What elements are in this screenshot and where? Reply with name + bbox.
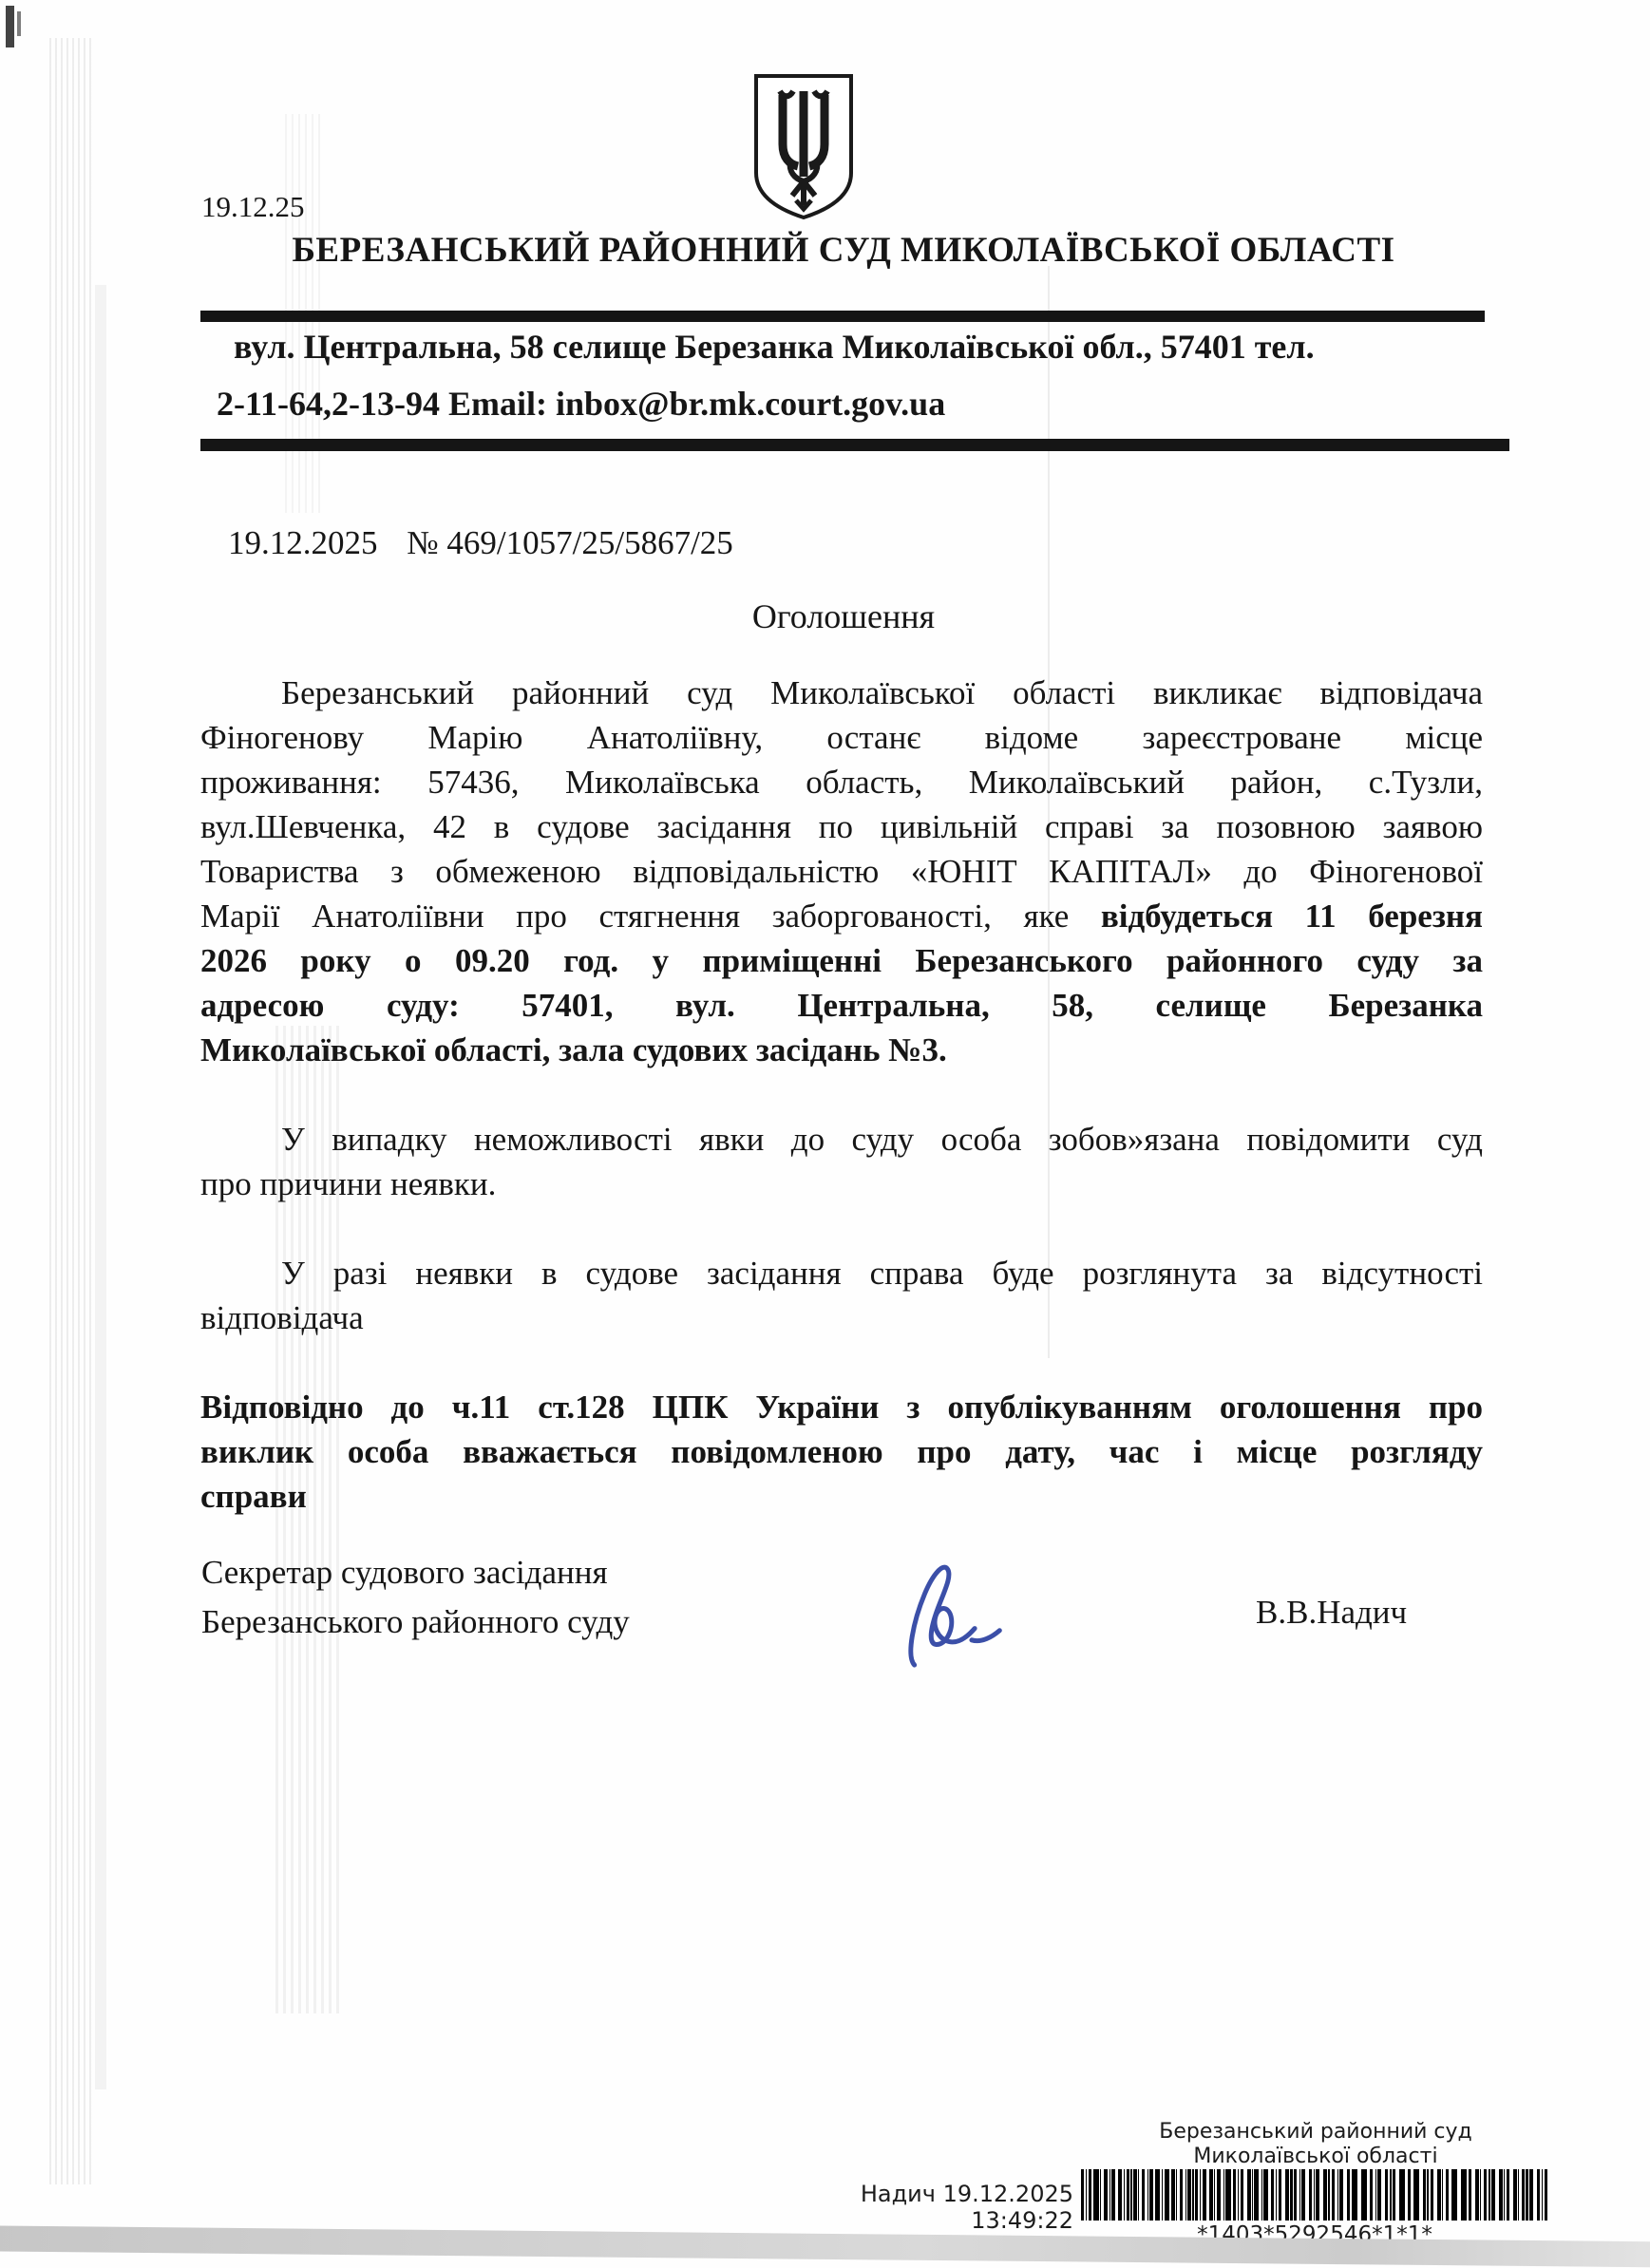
body-line: проживання: 57436, Миколаївська область,…: [200, 760, 1483, 804]
body-text: У випадку неможливості явки до суду особ…: [281, 1121, 1483, 1158]
body-line: виклик особа вважається повідомленою про…: [200, 1429, 1483, 1474]
horizontal-rule: [200, 311, 1485, 322]
court-name-heading: БЕРЕЗАНСЬКИЙ РАЙОННИЙ СУД МИКОЛАЇВСЬКОЇ …: [202, 230, 1485, 271]
body-line: про причини неявки.: [200, 1162, 1483, 1206]
body-text-bold: справи: [200, 1478, 307, 1515]
signatory-name: В.В.Надич: [1256, 1594, 1407, 1632]
body-line: Березанський районний суд Миколаївської …: [200, 671, 1483, 715]
handwritten-signature: [893, 1546, 1015, 1682]
document-date: 19.12.2025: [228, 524, 378, 561]
stamp-court-line2: Миколаївської області: [1102, 2145, 1529, 2169]
stamp-court-name: Березанський районний суд Миколаївської …: [1102, 2120, 1529, 2169]
document-number-row: 19.12.2025 № 469/1057/25/5867/25: [228, 524, 733, 562]
scan-streak: [49, 38, 93, 2184]
document-body: Березанський районний суд Миколаївської …: [200, 671, 1483, 1519]
paragraph-gap: [200, 1340, 1483, 1385]
court-address-line1: вул. Центральна, 58 селище Березанка Мик…: [234, 327, 1315, 367]
body-line: Відповідно до ч.11 ст.128 ЦПК України з …: [200, 1385, 1483, 1429]
stamp-clerk-datetime: Надич 19.12.2025 13:49:22: [788, 2181, 1073, 2234]
body-text: вул.Шевченка, 42 в судове засідання по ц…: [200, 808, 1483, 845]
scan-corner-mark: [17, 11, 21, 36]
signature-role-block: Секретар судового засідання Березанськог…: [201, 1548, 630, 1647]
body-text-bold: адресою суду: 57401, вул. Центральна, 58…: [200, 987, 1483, 1024]
signature-role-line1: Секретар судового засідання: [201, 1548, 630, 1597]
body-text: проживання: 57436, Миколаївська область,…: [200, 764, 1483, 801]
body-line: У разі неявки в судове засідання справа …: [200, 1251, 1483, 1295]
body-line: Фіногенову Марію Анатоліївну, останє від…: [200, 715, 1483, 760]
stamp-court-line1: Березанський районний суд: [1102, 2120, 1529, 2145]
court-address-line2: 2-11-64,2-13-94 Email: inbox@br.mk.court…: [217, 384, 945, 424]
body-text: Березанський районний суд Миколаївської …: [281, 674, 1483, 711]
signature-role-line2: Березанського районного суду: [201, 1597, 630, 1647]
body-line: вул.Шевченка, 42 в судове засідання по ц…: [200, 804, 1483, 849]
case-number: № 469/1057/25/5867/25: [407, 524, 733, 561]
stamped-date: 19.12.25: [201, 190, 305, 224]
body-text: У разі неявки в судове засідання справа …: [281, 1255, 1483, 1292]
body-line: Товариства з обмеженою відповідальністю …: [200, 849, 1483, 894]
body-line: справи: [200, 1474, 1483, 1519]
scanned-court-document: 19.12.25 БЕРЕЗАНСЬКИЙ РАЙОННИЙ СУД МИКОЛ…: [0, 0, 1650, 2268]
body-text: про причини неявки.: [200, 1165, 496, 1202]
body-text: Фіногенову Марію Анатоліївну, останє від…: [200, 719, 1483, 756]
paragraph-gap: [200, 1072, 1483, 1117]
body-text: Марії Анатоліївни про стягнення заборгов…: [200, 898, 1101, 935]
horizontal-rule: [200, 439, 1509, 451]
body-text-bold: відбудеться 11 березня: [1101, 898, 1483, 935]
body-line: Миколаївської області, зала судових засі…: [200, 1028, 1483, 1072]
paragraph-gap: [200, 1206, 1483, 1251]
body-text-bold: 2026 року о 09.20 год. у приміщенні Бере…: [200, 942, 1483, 979]
body-text-bold: виклик особа вважається повідомленою про…: [200, 1433, 1483, 1470]
registration-barcode: [1081, 2169, 1548, 2221]
document-title: Оголошення: [202, 596, 1485, 636]
body-line: Марії Анатоліївни про стягнення заборгов…: [200, 894, 1483, 938]
body-line: 2026 року о 09.20 год. у приміщенні Бере…: [200, 938, 1483, 983]
scan-corner-mark: [6, 6, 14, 47]
body-line: адресою суду: 57401, вул. Центральна, 58…: [200, 983, 1483, 1028]
body-text-bold: Миколаївської області, зала судових засі…: [200, 1031, 947, 1068]
body-text: відповідача: [200, 1299, 364, 1336]
body-text: Товариства з обмеженою відповідальністю …: [200, 853, 1483, 890]
scan-streak: [95, 285, 106, 2089]
body-line: У випадку неможливості явки до суду особ…: [200, 1117, 1483, 1162]
body-line: відповідача: [200, 1295, 1483, 1340]
trident-emblem-icon: [749, 70, 859, 222]
body-text-bold: Відповідно до ч.11 ст.128 ЦПК України з …: [200, 1389, 1483, 1426]
